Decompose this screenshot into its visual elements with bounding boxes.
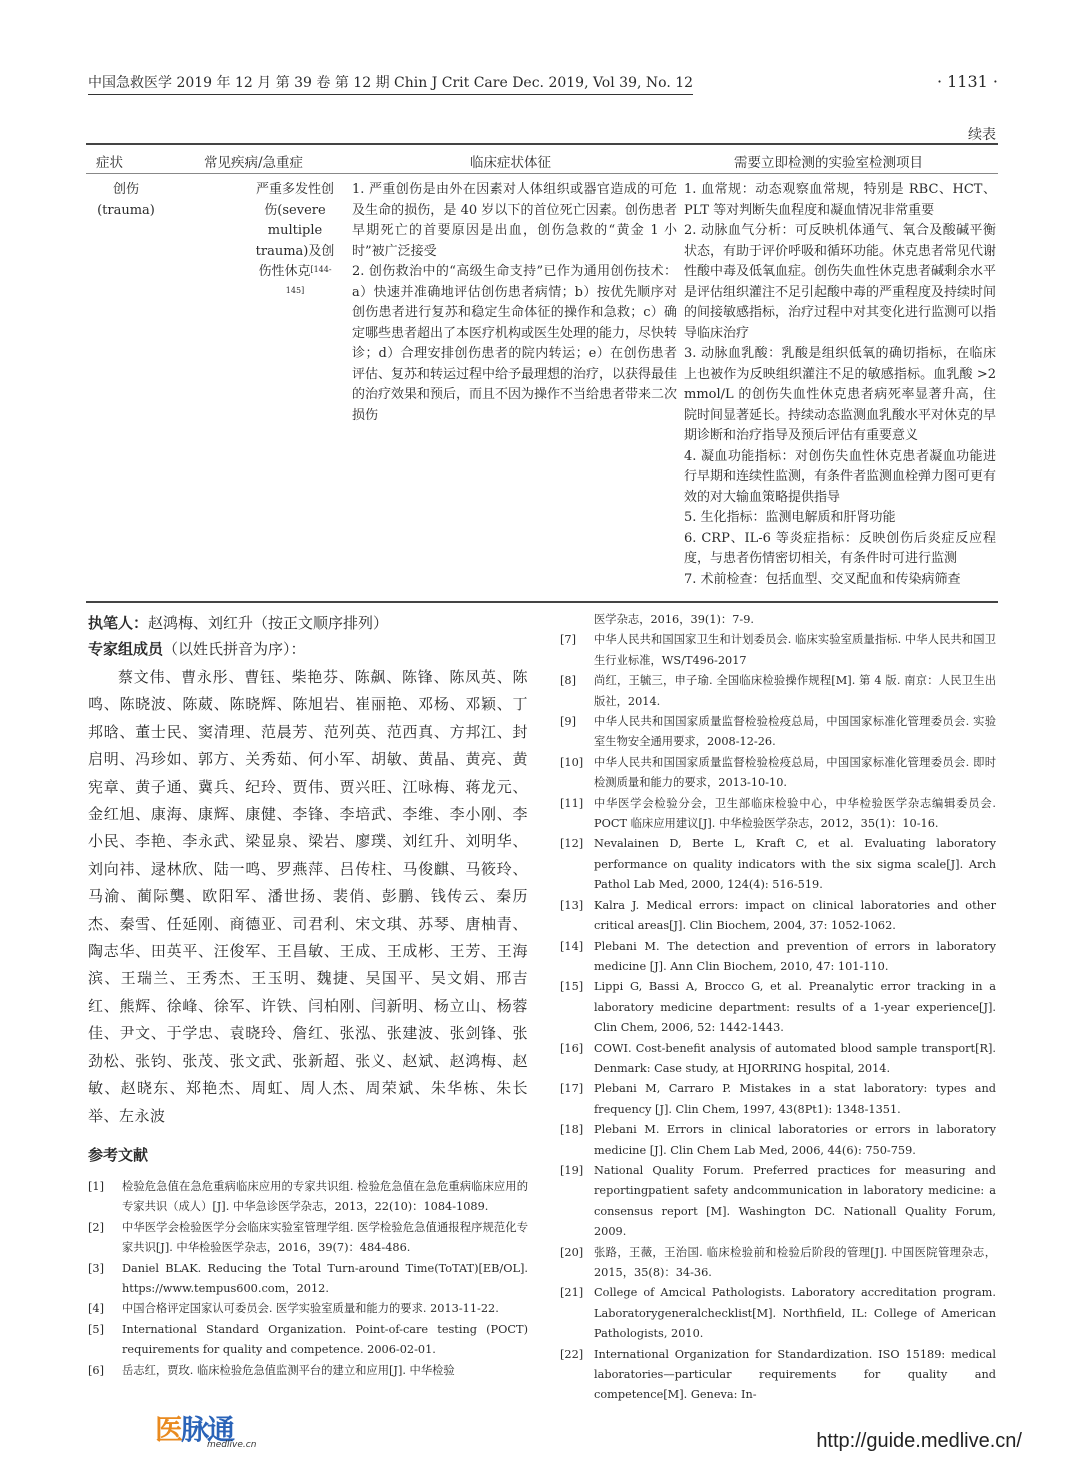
left-column: 执笔人：赵鸿梅、刘红升（按正文顺序排列） 专家组成员（以姓氏拼音为序）： 蔡文伟…	[88, 610, 528, 1381]
lab-test-item: 2. 动脉血气分析：可反映机体通气、氧合及酸碱平衡状态，有助于评价呼吸和循环功能…	[684, 221, 996, 344]
ref-text: 中华医学会检验分会，卫生部临床检验中心，中华检验医学杂志编辑委员会. POCT …	[594, 797, 996, 830]
writers-label: 执笔人：	[88, 614, 148, 632]
ref-number: [4]	[88, 1299, 104, 1319]
page-number: · 1131 ·	[937, 72, 998, 91]
ref-text: 中华人民共和国国家质量监督检验检疫总局，中国国家标准化管理委员会. 即时检测质量…	[594, 756, 996, 789]
table-bottom-rule	[86, 601, 998, 603]
cell-lab-tests: 1. 血常规：动态观察血常规，特别是 RBC、HCT、PLT 等对判断失血程度和…	[684, 180, 996, 590]
ref-text: Plebani M. The detection and prevention …	[594, 940, 996, 973]
lab-test-item: 7. 术前检查：包括血型、交叉配血和传染病筛查	[684, 570, 996, 591]
ref-number: [18]	[560, 1120, 583, 1140]
table-header: 症状 常见疾病/急重症 临床症状体征 需要立即检测的实验室检测项目	[86, 145, 998, 173]
reference-item: [1]检验危急值在急危重病临床应用的专家共识组. 检验危急值在急危重病临床应用的…	[88, 1177, 528, 1218]
cell-clinical-signs: 1. 严重创伤是由外在因素对人体组织或器官造成的可危及生命的损伤，是 40 岁以…	[352, 180, 677, 426]
ref-text: 中华人民共和国国家质量监督检验检疫总局，中国国家标准化管理委员会. 实验室生物安…	[594, 715, 996, 748]
reference-item: [21]College of Amcical Pathologists. Lab…	[560, 1283, 996, 1344]
ref-number: [14]	[560, 937, 583, 957]
medlive-logo[interactable]: 医脉通 medlive.cn	[155, 1408, 265, 1452]
ref-number: [1]	[88, 1177, 104, 1197]
reference-item: [19]National Quality Forum. Preferred pr…	[560, 1161, 996, 1243]
ref-number: [9]	[560, 712, 576, 732]
experts-label: 专家组成员	[88, 640, 163, 658]
lab-test-item: 5. 生化指标：监测电解质和肝肾功能	[684, 508, 996, 529]
experts-line: 专家组成员（以姓氏拼音为序）：	[88, 636, 528, 662]
references-title: 参考文献	[88, 1144, 528, 1165]
reference-continuation: 医学杂志，2016，39(1)：7-9.	[560, 610, 996, 630]
table-row: 创伤 (trauma) 严重多发性创伤(severe multiple trau…	[86, 174, 998, 601]
ref-number: [8]	[560, 671, 576, 691]
running-head: 中国急救医学 2019 年 12 月 第 39 卷 第 12 期 Chin J …	[88, 72, 998, 96]
ref-text: National Quality Forum. Preferred practi…	[594, 1164, 996, 1238]
reference-item: [12]Nevalainen D, Berte L, Kraft C, et a…	[560, 834, 996, 895]
journal-citation: 中国急救医学 2019 年 12 月 第 39 卷 第 12 期 Chin J …	[88, 72, 693, 95]
writers-line: 执笔人：赵鸿梅、刘红升（按正文顺序排列）	[88, 610, 528, 636]
ref-number: [13]	[560, 896, 583, 916]
ref-text: 尚红，王毓三，申子瑜. 全国临床检验操作规程[M]. 第 4 版. 南京：人民卫…	[594, 674, 996, 707]
logo-english: medlive.cn	[207, 1440, 256, 1450]
ref-number: [5]	[88, 1320, 104, 1340]
page-footer: 医脉通 medlive.cn http://guide.medlive.cn/	[0, 1400, 1080, 1470]
ref-text: Kalra J. Medical errors: impact on clini…	[594, 899, 996, 932]
ref-text: Daniel BLAK. Reducing the Total Turn-aro…	[122, 1262, 528, 1295]
clinical-sign-item: 1. 严重创伤是由外在因素对人体组织或器官造成的可危及生命的损伤，是 40 岁以…	[352, 180, 677, 262]
ref-number: [12]	[560, 834, 583, 854]
clinical-sign-item: 2. 创伤救治中的“高级生命支持”已作为通用创伤技术：a）快速并准确地评估创伤患…	[352, 262, 677, 426]
reference-item: [3]Daniel BLAK. Reducing the Total Turn-…	[88, 1259, 528, 1300]
lab-test-item: 3. 动脉血乳酸：乳酸是组织低氧的确切指标，在临床上也被作为反映组织灌注不足的敏…	[684, 344, 996, 447]
ref-text: 检验危急值在急危重病临床应用的专家共识组. 检验危急值在急危重病临床应用的专家共…	[122, 1180, 528, 1213]
cell-symptom: 创伤 (trauma)	[86, 180, 166, 221]
ref-text: COWI. Cost-benefit analysis of automated…	[594, 1042, 996, 1075]
header-clinical-signs: 临床症状体征	[470, 151, 551, 171]
reference-item: [17]Plebani M, Carraro P. Mistakes in a …	[560, 1079, 996, 1120]
ref-number: [7]	[560, 630, 576, 650]
reference-item: [20]张路，王薇，王治国. 临床检验前和检验后阶段的管理[J]. 中国医院管理…	[560, 1243, 996, 1284]
table-continued-label: 续表	[968, 124, 996, 144]
ref-number: [16]	[560, 1039, 583, 1059]
ref-text: 岳志红，贾玫. 临床检验危急值监测平台的建立和应用[J]. 中华检验	[122, 1364, 455, 1377]
reference-item: [10]中华人民共和国国家质量监督检验检疫总局，中国国家标准化管理委员会. 即时…	[560, 753, 996, 794]
reference-item: [8]尚红，王毓三，申子瑜. 全国临床检验操作规程[M]. 第 4 版. 南京：…	[560, 671, 996, 712]
ref-text: Lippi G, Bassi A, Brocco G, et al. Prean…	[594, 980, 996, 1034]
symptom-en-text: (trauma)	[86, 201, 166, 222]
ref-number: [21]	[560, 1283, 583, 1303]
header-lab-tests: 需要立即检测的实验室检测项目	[734, 151, 923, 171]
reference-item: [18]Plebani M. Errors in clinical labora…	[560, 1120, 996, 1161]
symptom-text: 创伤	[86, 180, 166, 201]
experts-note: （以姓氏拼音为序）：	[163, 640, 306, 658]
reference-item: [7]中华人民共和国国家卫生和计划委员会. 临床实验室质量指标. 中华人民共和国…	[560, 630, 996, 671]
logo-char-yi: 医	[155, 1413, 181, 1446]
cell-disease: 严重多发性创伤(severe multiple trauma)及创伤性休克[14…	[250, 180, 340, 303]
ref-text: College of Amcical Pathologists. Laborat…	[594, 1286, 996, 1340]
reference-item: [11]中华医学会检验分会，卫生部临床检验中心，中华检验医学杂志编辑委员会. P…	[560, 794, 996, 835]
reference-item: [6]岳志红，贾玫. 临床检验危急值监测平台的建立和应用[J]. 中华检验	[88, 1361, 528, 1381]
ref-text: 中国合格评定国家认可委员会. 医学实验室质量和能力的要求. 2013-11-22…	[122, 1302, 499, 1315]
experts-list: 蔡文伟、曹永彤、曹钰、柴艳芬、陈飙、陈锋、陈凤英、陈鸣、陈晓波、陈葳、陈晓辉、陈…	[88, 664, 528, 1130]
reference-item: [14]Plebani M. The detection and prevent…	[560, 937, 996, 978]
ref-number: [15]	[560, 977, 583, 997]
ref-number: [6]	[88, 1361, 104, 1381]
reference-item: [16]COWI. Cost-benefit analysis of autom…	[560, 1039, 996, 1080]
ref-text: International Standard Organization. Poi…	[122, 1323, 528, 1356]
ref-text: Nevalainen D, Berte L, Kraft C, et al. E…	[594, 837, 996, 891]
ref-text: 中华医学会检验医学分会临床实验室管理学组. 医学检验危急值通报程序规范化专家共识…	[122, 1221, 528, 1254]
reference-item: [22]International Organization for Stand…	[560, 1345, 996, 1406]
reference-item: [9]中华人民共和国国家质量监督检验检疫总局，中国国家标准化管理委员会. 实验室…	[560, 712, 996, 753]
ref-text: 中华人民共和国国家卫生和计划委员会. 临床实验室质量指标. 中华人民共和国卫生行…	[594, 633, 996, 666]
writers-names: 赵鸿梅、刘红升（按正文顺序排列）	[148, 614, 388, 632]
reference-item: [5]International Standard Organization. …	[88, 1320, 528, 1361]
reference-item: [13]Kalra J. Medical errors: impact on c…	[560, 896, 996, 937]
ref-text: Plebani M, Carraro P. Mistakes in a stat…	[594, 1082, 996, 1115]
ref-number: [19]	[560, 1161, 583, 1181]
ref-number: [2]	[88, 1218, 104, 1238]
footer-url-link[interactable]: http://guide.medlive.cn/	[816, 1430, 1022, 1453]
ref-number: [10]	[560, 753, 583, 773]
reference-item: [2]中华医学会检验医学分会临床实验室管理学组. 医学检验危急值通报程序规范化专…	[88, 1218, 528, 1259]
header-disease: 常见疾病/急重症	[204, 151, 303, 171]
ref-text: Plebani M. Errors in clinical laboratori…	[594, 1123, 996, 1156]
lab-test-item: 1. 血常规：动态观察血常规，特别是 RBC、HCT、PLT 等对判断失血程度和…	[684, 180, 996, 221]
right-column: 医学杂志，2016，39(1)：7-9. [7]中华人民共和国国家卫生和计划委员…	[560, 610, 996, 1406]
lab-test-table: 症状 常见疾病/急重症 临床症状体征 需要立即检测的实验室检测项目 创伤 (tr…	[86, 143, 998, 603]
reference-item: [15]Lippi G, Bassi A, Brocco G, et al. P…	[560, 977, 996, 1038]
header-symptom: 症状	[96, 151, 123, 171]
ref-text: 张路，王薇，王治国. 临床检验前和检验后阶段的管理[J]. 中国医院管理杂志，2…	[594, 1246, 996, 1279]
reference-item: [4]中国合格评定国家认可委员会. 医学实验室质量和能力的要求. 2013-11…	[88, 1299, 528, 1319]
ref-number: [20]	[560, 1243, 583, 1263]
ref-text: International Organization for Standardi…	[594, 1348, 996, 1402]
lab-test-item: 6. CRP、IL-6 等炎症指标：反映创伤后炎症反应程度，与患者伤情密切相关，…	[684, 529, 996, 570]
ref-number: [11]	[560, 794, 583, 814]
ref-number: [3]	[88, 1259, 104, 1279]
ref-number: [22]	[560, 1345, 583, 1365]
lab-test-item: 4. 凝血功能指标：对创伤失血性休克患者凝血功能进行早期和连续性监测，有条件者监…	[684, 447, 996, 509]
ref-number: [17]	[560, 1079, 583, 1099]
